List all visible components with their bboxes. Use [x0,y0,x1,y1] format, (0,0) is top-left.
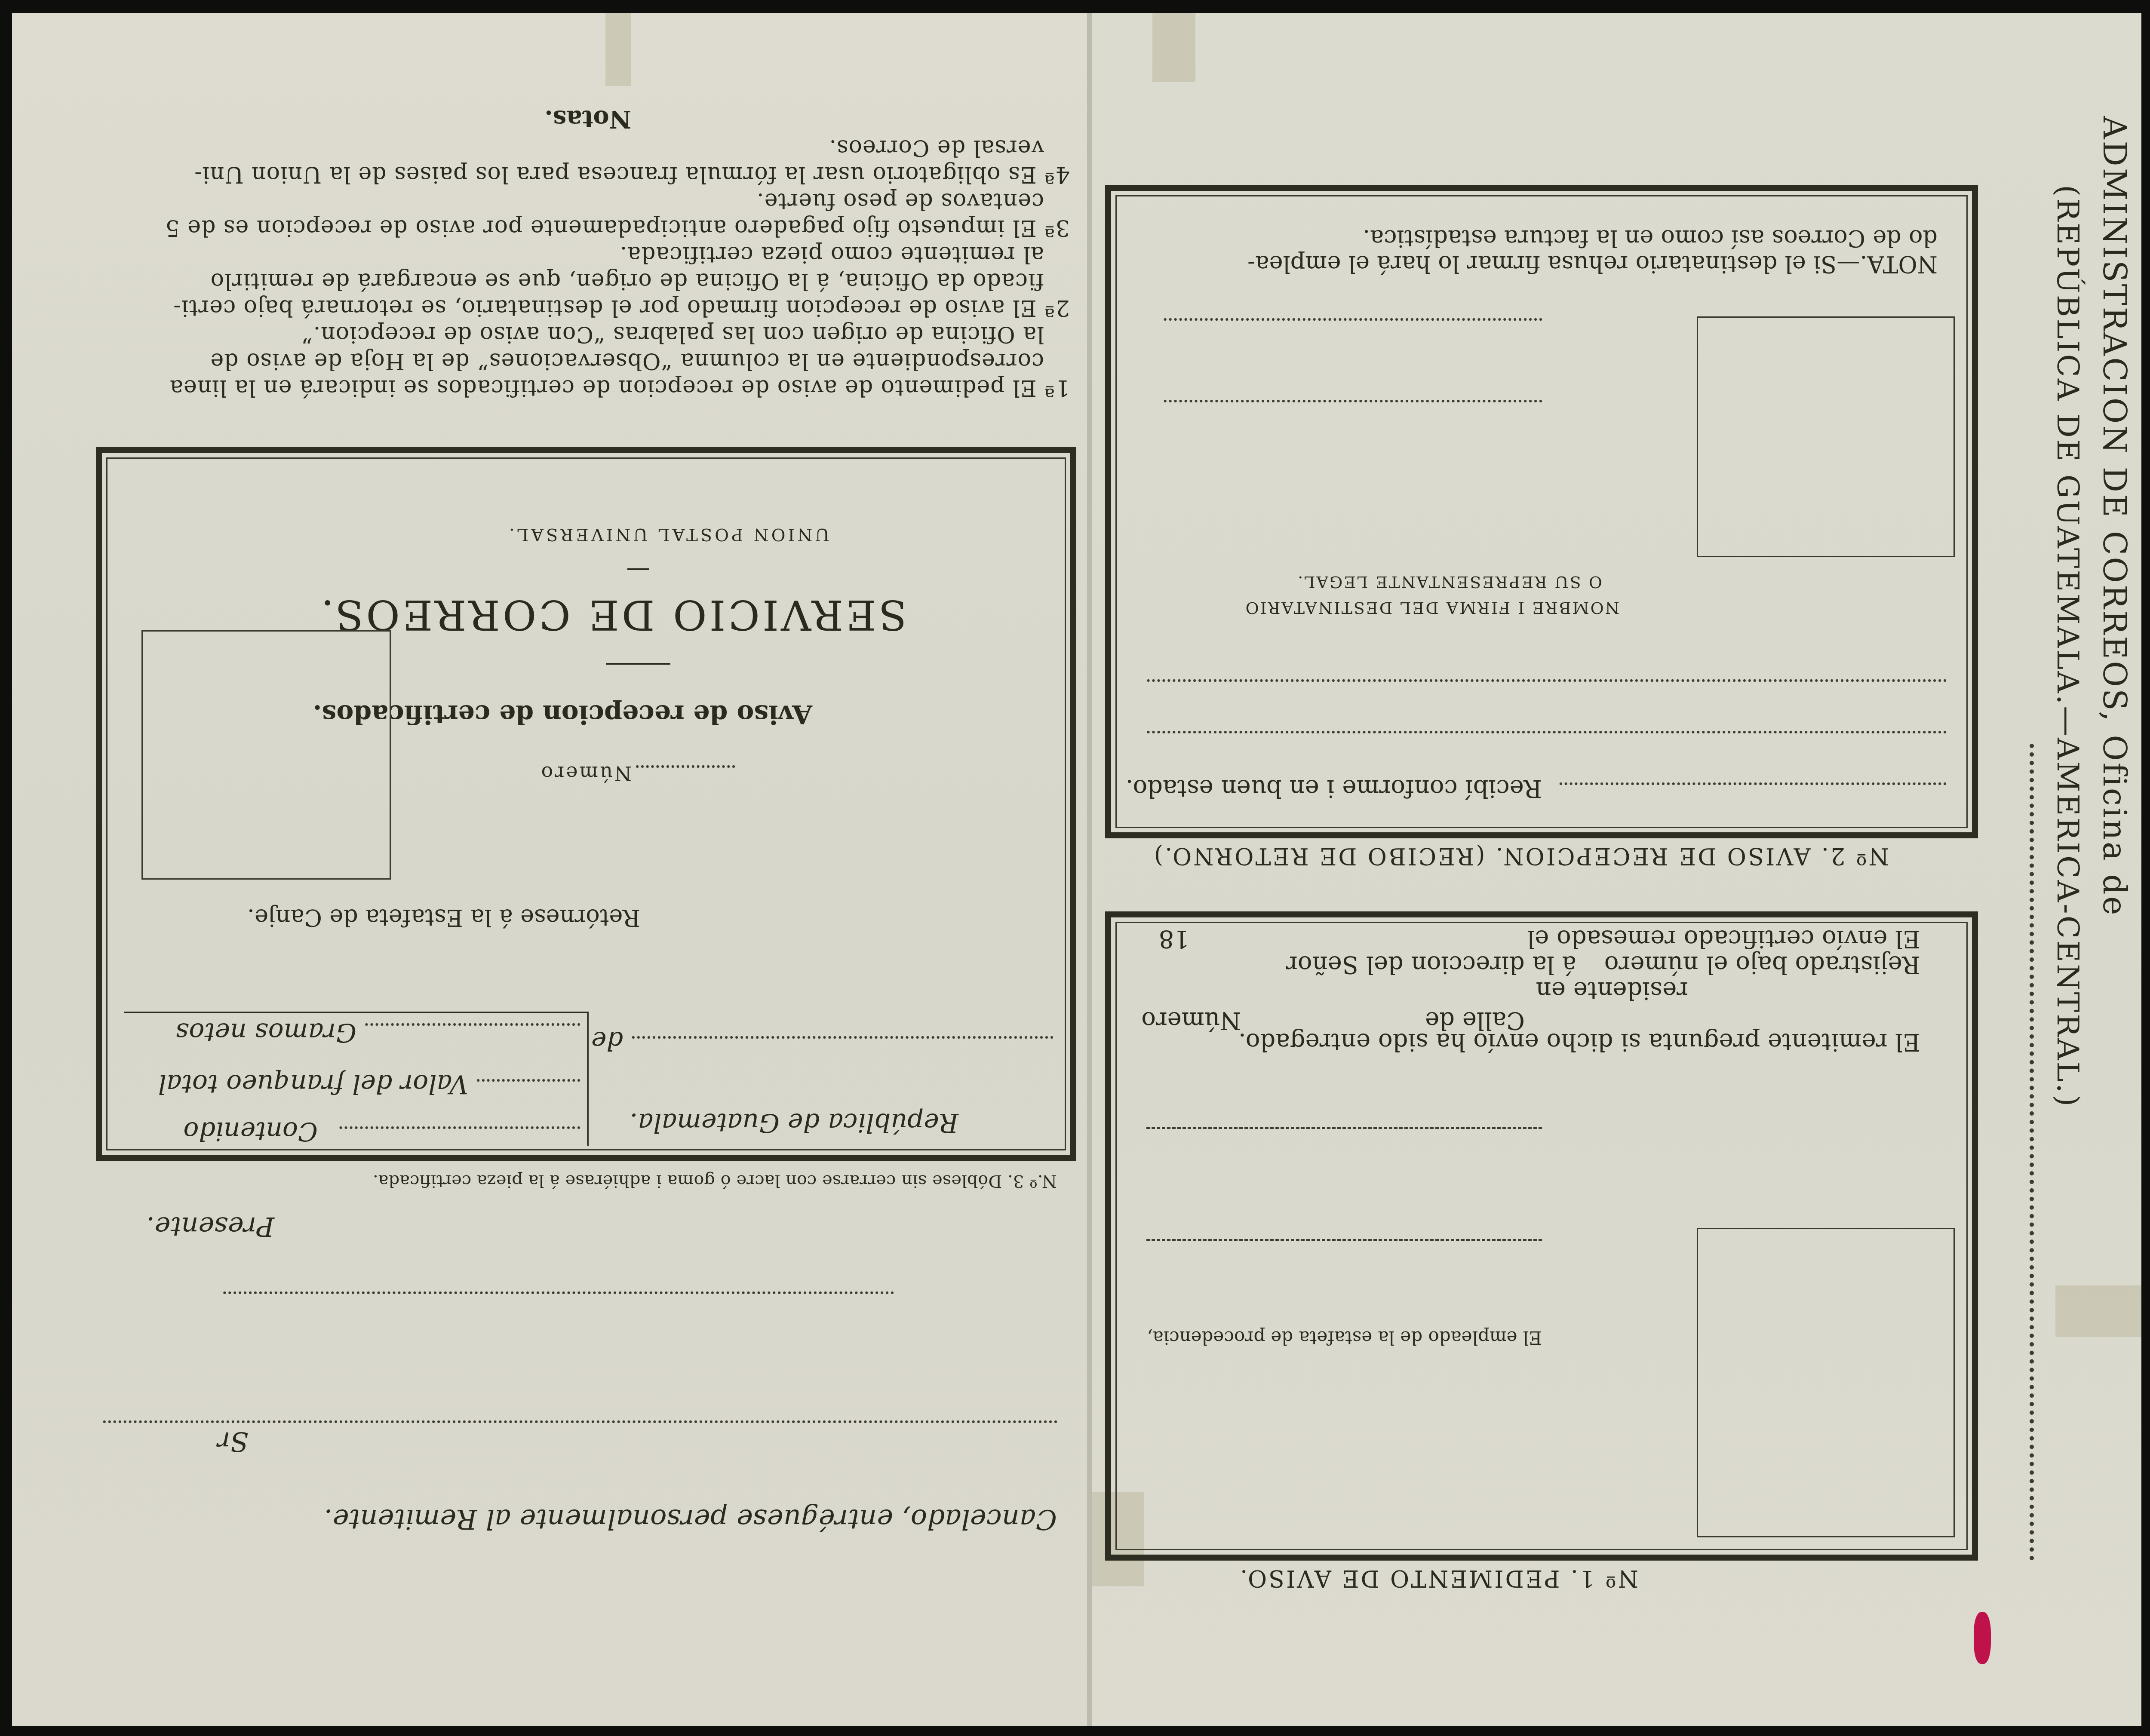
box1-caption: Nº 1. PEDIMENTO DE AVISO. [1238,1565,1638,1592]
tape-mark [2055,1285,2141,1337]
remitente-text: El remitente pregunta si dicho envío ha … [1238,1028,1920,1056]
box2-caption: Nº 2. AVISO DE RECEPCION. (RECIBO DE RET… [1152,843,1889,870]
union-postal-label: UNION POSTAL UNIVERSAL. [507,524,829,544]
ink-stain [1974,1612,1991,1664]
firma-label: O SU REPRESENTANTE LEGAL. [1296,573,1602,592]
valor-field[interactable] [477,1079,580,1082]
empleado-label: El empleado de la estafeta de procedenci… [1147,1327,1542,1348]
address-field[interactable] [223,1291,894,1294]
tape-mark [1152,13,1195,82]
firma-label: NOMBRE I FIRMA DEL DESTINATARIO [1244,598,1619,617]
empleado-sign-line[interactable] [1146,1127,1542,1129]
stamp-box [141,630,391,880]
gramos-label: Gramos netos [176,1017,356,1047]
right-page: NOTA.—Si el destinatario rehusa firmar l… [1092,13,2141,1726]
contenido-label: Contenido [183,1116,318,1146]
notes-block: Notas. 1ª El pedimento de aviso de recep… [102,95,1070,404]
retornese-label: Retórnese á la Estafeta de Canje. [247,904,640,931]
cancelado-label: Cancelado, entréguese personalmente al R… [324,1503,1057,1535]
republica-header: (REPÚBLICA DE GUATEMALA.—AMERICA-CENTRAL… [2050,185,2085,1108]
recibi-field[interactable] [1559,782,1946,785]
recibi-field[interactable] [1146,679,1946,682]
nota-line: NOTA.—Si el destinatario rehusa firmar l… [1247,251,1938,278]
residente-label: residente en [1536,976,1688,1004]
stamp-box [1697,316,1955,557]
aviso-form-content: UNION POSTAL UNIVERSAL. SERVICIO DE CORR… [102,453,1070,1155]
sr-label: Sr [218,1426,249,1457]
note-line: versal de Correos. [829,132,1044,164]
republica-label: República de Guatemala. [630,1107,958,1138]
notes-heading: Notas. [544,105,631,133]
sr-field[interactable] [102,1420,1057,1423]
aviso-recepcion-box: NOTA.—Si el destinatario rehusa firmar l… [1105,185,1978,838]
tape-mark [605,13,631,86]
box1-content: El empleado de la estafeta de procedenci… [1111,917,1972,1555]
box2-content: NOTA.—Si el destinatario rehusa firmar l… [1111,191,1972,832]
de-label: de [591,1026,623,1056]
signature-field[interactable] [1164,318,1542,321]
de-field[interactable] [632,1036,1053,1039]
gramos-field[interactable] [365,1023,580,1026]
recibi-label: Recibí conforme i en buen estado. [1126,774,1542,802]
nota-line: do de Correos así como en la factura est… [1363,225,1938,252]
recibi-field[interactable] [1146,731,1946,733]
contenido-field[interactable] [339,1126,580,1129]
left-page: Notas. 1ª El pedimento de aviso de recep… [12,13,1087,1726]
stamp-box [1697,1228,1955,1537]
footer-note: N.º 3. Dóblese sin cerrarse con lacre ó … [373,1171,1057,1191]
envio-label: El envío certificado remesado el [1527,925,1920,953]
numero-label: Número [1141,1006,1241,1034]
numero-field[interactable] [636,765,735,768]
direccion-label: á la direccion del Señor [1286,951,1576,978]
numero-label: Número [540,762,632,785]
signature-field[interactable] [1164,400,1542,402]
aviso-form-frame: UNION POSTAL UNIVERSAL. SERVICIO DE CORR… [96,447,1076,1161]
pedimento-box: El empleado de la estafeta de procedenci… [1105,911,1978,1561]
year-label: 18 [1159,925,1189,953]
valor-label: Valor del franqueo total [158,1069,468,1099]
divider [587,1013,589,1146]
calle-label: Calle de [1425,1006,1525,1034]
presente-label: Presente. [146,1211,274,1242]
admin-header: ADMINISTRACION DE CORREOS, Oficina de [2096,116,2133,917]
empleado-sign-line[interactable] [1146,1239,1542,1241]
center-fold [1087,13,1092,1726]
registrado-label: Rejistrado bajo el número [1604,951,1920,978]
oficina-field[interactable] [2030,744,2034,1561]
servicio-title: SERVICIO DE CORREOS. [319,591,907,639]
address-block: N.º 3. Dóblese sin cerrarse con lacre ó … [89,1165,1057,1543]
